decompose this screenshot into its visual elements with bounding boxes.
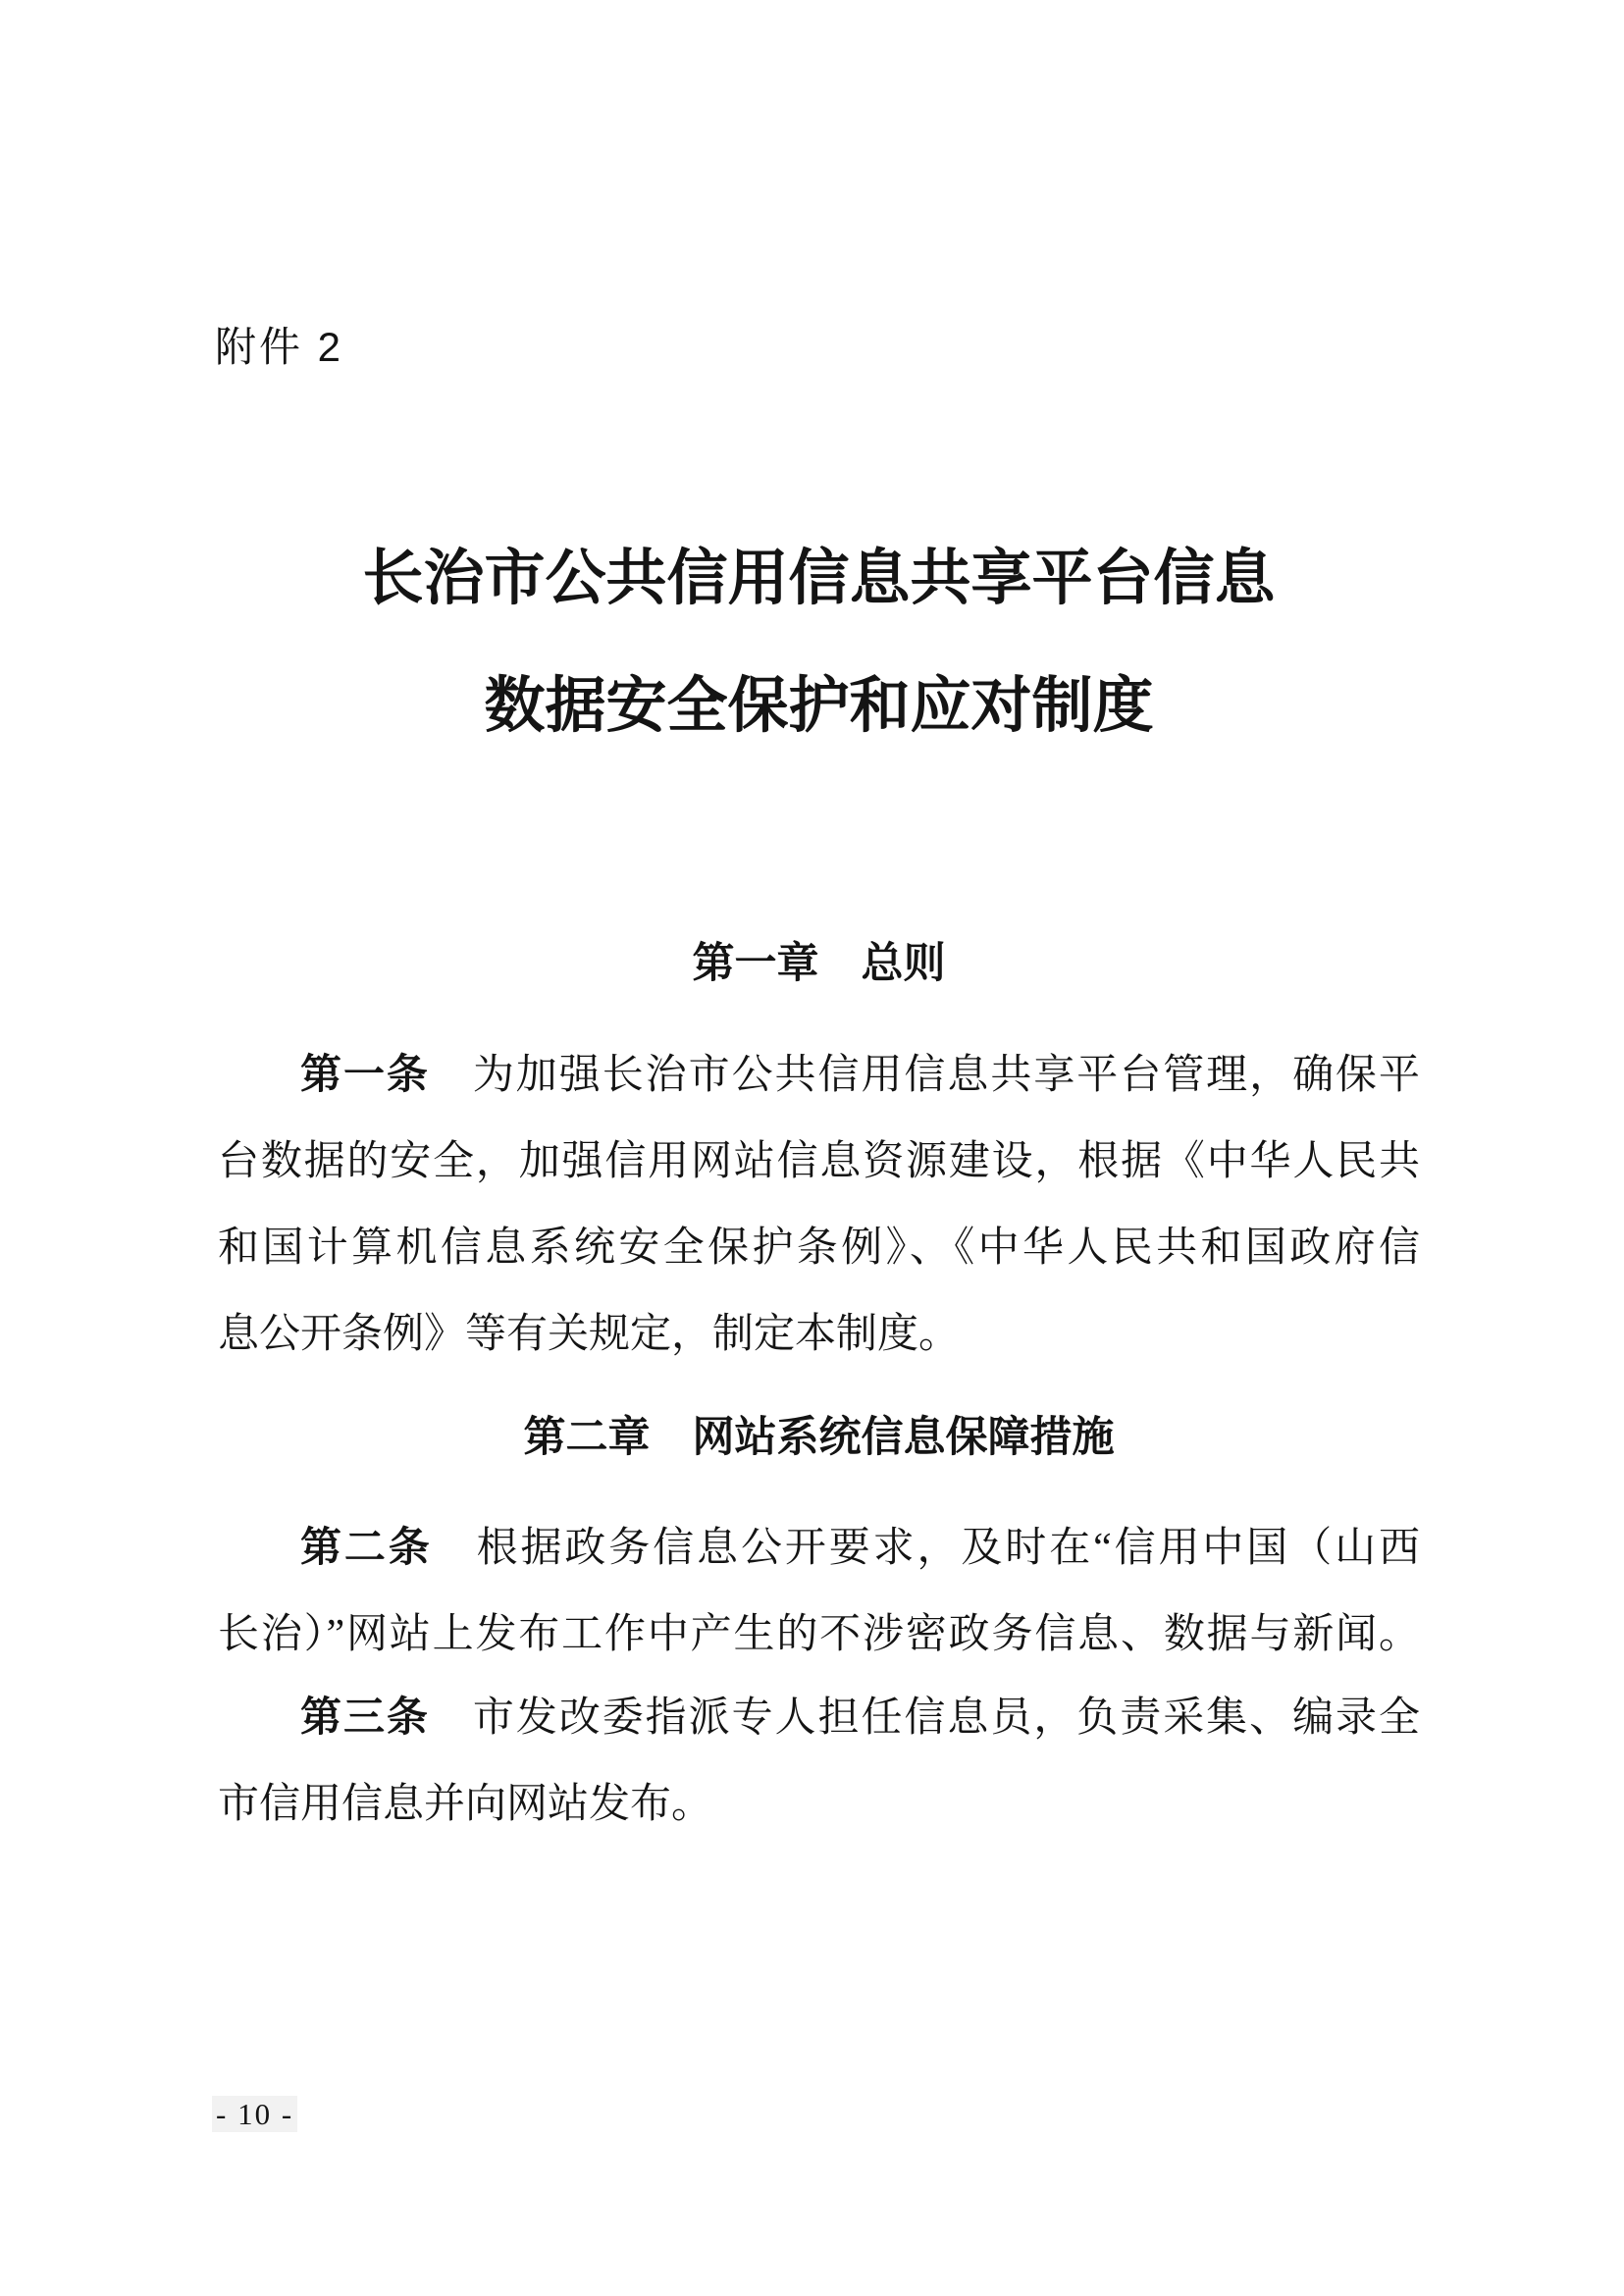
article-2-line-2: 长治）”网站上发布工作中产生的不涉密政务信息、数据与新闻。 [218, 1592, 1420, 1678]
article-1-label: 第一条 [300, 1053, 430, 1098]
article-1-line-1: 第一条 为加强长治市公共信用信息共享平台管理，确保平 [218, 1032, 1420, 1119]
article-2-line-1-text: 根据政务信息公开要求，及时在“信用中国（山西 [433, 1526, 1420, 1571]
article-2-line-1: 第二条 根据政务信息公开要求，及时在“信用中国（山西 [218, 1505, 1420, 1592]
attachment-label: 附件 2 [215, 325, 343, 370]
article-1-line-2: 台数据的安全，加强信用网站信息资源建设，根据《中华人民共 [218, 1119, 1420, 1205]
article-2-label: 第二条 [300, 1526, 433, 1571]
page-footer: - 10 - [212, 2096, 297, 2132]
chapter-2-heading: 第二章 网站系统信息保障措施 [218, 1414, 1420, 1462]
document-page: 附件 2 长治市公共信用信息共享平台信息 数据安全保护和应对制度 第一章 总则 … [0, 0, 1624, 2296]
article-3-line-1-text: 市发改委指派专人担任信息员，负责采集、编录全 [430, 1696, 1420, 1741]
article-3-line-2: 市信用信息并向网站发布。 [218, 1761, 1420, 1848]
document-title-line2: 数据安全保护和应对制度 [218, 673, 1420, 740]
article-1-line-3: 和国计算机信息系统安全保护条例》、《中华人民共和国政府信 [218, 1205, 1420, 1291]
article-1-line-1-text: 为加强长治市公共信用信息共享平台管理，确保平 [430, 1053, 1420, 1098]
chapter-1-heading: 第一章 总则 [218, 940, 1420, 988]
page-number: - 10 - [212, 2096, 297, 2132]
article-1-line-4: 息公开条例》等有关规定，制定本制度。 [218, 1291, 1420, 1378]
document-title-line1: 长治市公共信用信息共享平台信息 [218, 546, 1420, 612]
article-3-line-1: 第三条 市发改委指派专人担任信息员，负责采集、编录全 [218, 1675, 1420, 1761]
article-3-label: 第三条 [300, 1696, 430, 1741]
